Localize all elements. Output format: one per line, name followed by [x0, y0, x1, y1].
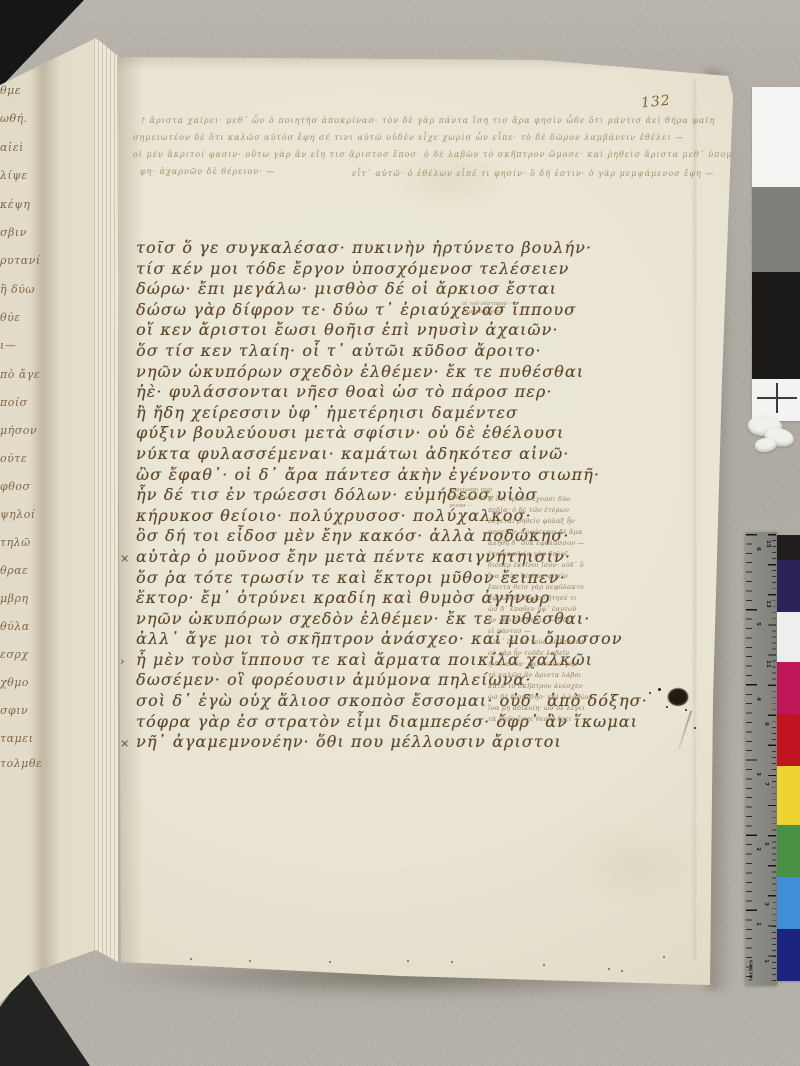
verse-text: τίσ κέν μοι τόδε ἔργον ὑποσχόμενοσ τελέσ… — [136, 259, 569, 278]
right-margin-scholia: Κ ὅτι τρῶεσ ἔχουσι δύοπεδία· ὁ δὲ τῶν ἑτ… — [488, 494, 588, 725]
facing-page-text-fragment: τολμθε — [0, 757, 62, 770]
pricking-dot — [190, 958, 192, 960]
verse-line: φύξιν βουλεύουσι μετὰ σφίσιν· οὐ δὲ ἐθέλ… — [136, 423, 648, 444]
ruler-number: 11 — [765, 660, 771, 668]
facing-page-text-fragment: θύλα — [0, 620, 62, 633]
parchment-stain — [390, 150, 510, 210]
ruler-inches-label: inches — [749, 959, 755, 980]
scholia-line: ἄφρων δὲ δῶρον ᾔτησέ τι — [488, 593, 588, 604]
folio-number: 132 — [640, 92, 671, 111]
color-patch — [777, 714, 800, 766]
scholia-line: οὐ γὰρ ἦν τοῦδε λαβεῖν — [488, 648, 588, 659]
line-mark: › — [120, 652, 126, 673]
facing-page-text-fragment: χθμο — [0, 676, 62, 689]
vertical-crease — [693, 80, 696, 960]
color-patch — [777, 535, 800, 560]
ruler-number: 15 — [765, 540, 771, 548]
scholia-line: ἔπειτα θεὶσ γὰρ πεφύλακτο — [488, 582, 588, 593]
pricking-dot — [407, 960, 409, 962]
verse-text: νηῶν ὠκυπόρων σχεδὸν ἐλθέμεν· ἔκ τε πυθέ… — [136, 362, 584, 381]
facing-page-text-fragment: ψηλοί — [0, 508, 62, 521]
pricking-dot — [621, 970, 623, 972]
manuscript-photograph: θμεωθή.αἰεὶλίψεκέψησβινρυτανίἢ δύωθύει—π… — [0, 0, 800, 1066]
facing-page-text-fragment: μβρη — [0, 592, 62, 605]
pricking-dot — [329, 961, 331, 963]
pricking-dot — [608, 968, 610, 970]
verse-line: ὣσ ἔφαθ᾽· οἱ δ᾽ ἄρα πάντεσ ἀκὴν ἐγένοντο… — [136, 465, 648, 486]
scholia-line: ἵνα τοὺσ ἵππουσ φησὶν — [488, 571, 588, 582]
color-patch — [777, 560, 800, 612]
page-top-edge-shade — [117, 56, 733, 70]
scholia-line: ἀλλ᾽ ὅτι οὐ τοὺσ δὲ ἵππουσ — [488, 637, 588, 648]
facing-page-text-fragment: τηλῶ — [0, 536, 62, 549]
ruler-number: 1 — [755, 922, 761, 926]
interlinear-note-line: οἱ τοῦ νέστοροσ — — [462, 300, 515, 308]
manuscript-page: 132 † ἄριστα χαίρει· μεθ᾽ ὧν ὁ ποιητὴσ ἀ… — [0, 0, 800, 1066]
scholia-line: ἵνα μὴ ἀδικοίη· ὡσ δὲ λέγει — [488, 703, 588, 714]
verse-text: δώρω· ἔπι μεγάλω· μισθὸσ δέ οἱ ἄρκιοσ ἔσ… — [136, 279, 557, 298]
pricking-dot — [543, 964, 545, 966]
scholia-line: λέγεται ῥηθεὶσ φύλαξ ἦν — [488, 516, 588, 527]
facing-page-text-fragment: ρυτανί — [0, 254, 62, 267]
facing-page-text-fragment: μήσον — [0, 424, 62, 437]
ink-smear — [678, 711, 692, 750]
facing-page-text-fragment: κέψη — [0, 198, 62, 211]
facing-page-text-fragment: φθοσ — [0, 480, 62, 493]
verse-text: ὣσ ἔφαθ᾽· οἱ δ᾽ ἄρα πάντεσ ἀκὴν ἐγένοντο… — [136, 465, 600, 484]
ink-speck — [666, 706, 668, 708]
ruler-number: 13 — [765, 600, 771, 608]
margin-gloss-line: γένοσ — — [449, 502, 473, 510]
verse-line: δώρω· ἔπι μεγάλω· μισθὸσ δέ οἱ ἄρκιοσ ἔσ… — [136, 279, 648, 300]
color-patch — [777, 766, 800, 825]
facing-page-text-fragment: ι— — [0, 339, 62, 352]
scholia-line: εἰ πάντεσ — — [488, 626, 588, 637]
facing-page-text-fragment: θύε — [0, 311, 62, 324]
scholia-line: ἦν γὰρ ὥσ φησιν — ὧδε — [488, 615, 588, 626]
facing-page-text-fragment: θμε — [0, 84, 62, 97]
verse-line: ἠὲ· φυλάσσονται νῆεσ θοαὶ ὡσ τὸ πάροσ πε… — [136, 382, 648, 403]
ruler-number: 6 — [755, 547, 761, 551]
facing-page-text-fragment: ούτε — [0, 452, 62, 465]
verse-line: δώσω γὰρ δίφρον τε· δύω τ᾽ ἐριαύχενασ ἵπ… — [136, 300, 648, 321]
fore-edge-page-stack — [94, 40, 118, 962]
scholia-line: ὡσ δὲ διομήδησ· καὶ ὁ λαβὼν — [488, 692, 588, 703]
facing-page-text-fragment: ταμει — [0, 732, 62, 745]
facing-page-text-fragment: θραε — [0, 564, 62, 577]
color-patch — [777, 877, 800, 929]
color-patch — [777, 662, 800, 714]
ruler-inch-major-ticks — [746, 534, 757, 983]
verse-line: τίσ κέν μοι τόδε ἔργον ὑποσχόμενοσ τελέσ… — [136, 259, 648, 280]
interlinear-note-line: ἀριστεύοντεσ — [465, 308, 504, 316]
verse-line: νηῶν ὠκυπόρων σχεδὸν ἐλθέμεν· ἔκ τε πυθέ… — [136, 362, 648, 383]
color-calibration-strip — [777, 0, 800, 1066]
verse-line: οἵ κεν ἄριστοι ἔωσι θοῆισ ἐπὶ νηυσὶν ἀχα… — [136, 320, 648, 341]
ink-speck — [685, 709, 687, 711]
verse-line: ἢ ἤδη χείρεσσιν ὑφ᾽ ἡμετέρηισι δαμέντεσ — [136, 403, 648, 424]
color-patch — [777, 825, 800, 877]
ruler: inches — [745, 532, 777, 985]
ink-speck — [649, 692, 651, 694]
scholia-line: πεδία· ὁ δὲ τῶν ἑτέρων — [488, 505, 588, 516]
facing-page-text-fragment: σφιν — [0, 704, 62, 717]
scholia-line: διόπερ ἐκεῖνοι ἴσον· οὐδ᾽ ὅ — [488, 560, 588, 571]
ruler-number: 9 — [763, 722, 769, 726]
verse-text: ὅσ τίσ κεν τλαίη· οἷ τ᾽ αὐτῶι κῦδοσ ἄροι… — [136, 341, 542, 360]
scholia-line: φη· ἀχαρνῶν δὲ θέρειον· — — [140, 167, 275, 176]
facing-page-text-fragment: ωθή. — [0, 112, 62, 125]
facing-page-text-fragment: σβιν — [0, 226, 62, 239]
scholia-line: οἱ μὲν ἄκριτοί φασιν· οὕτω γὰρ ἂν εἴη τι… — [133, 150, 756, 159]
ink-speck — [694, 727, 696, 729]
facing-page-text-fragment: ἢ δύω — [0, 283, 62, 296]
ruler-number: 3 — [763, 902, 769, 906]
facing-page-text-fragment: πὸ ἄγε — [0, 368, 62, 381]
margin-gloss-line: τοῦ δόλωνοσ τὸ — [449, 494, 494, 502]
ruler-number: 7 — [763, 782, 769, 786]
scholia-line: τὸ καλῶσ ἂν ἄριστα λάβοι — [488, 670, 588, 681]
pricking-dot — [451, 961, 453, 963]
ruler-number: 5 — [755, 622, 761, 626]
facing-page-text-fragment: λίψε — [0, 169, 62, 182]
scholia-line: σημεῖον· ἀμφότεροι δὲ ἅμα — [488, 527, 588, 538]
verse-text: φύξιν βουλεύουσι μετὰ σφίσιν· οὐ δὲ ἐθέλ… — [136, 423, 564, 442]
facing-page-text-fragment: εσρχ — [0, 648, 62, 661]
ruler-number: 5 — [763, 842, 769, 846]
ruler-number: 1 — [763, 959, 769, 963]
verse-text: δωσέμεν· οἳ φορέουσιν ἀμύμονα πηλείωνα· — [136, 670, 532, 689]
ruler-number: 4 — [755, 697, 761, 701]
verse-line: ὅσ τίσ κεν τλαίη· οἷ τ᾽ αὐτῶι κῦδοσ ἄροι… — [136, 341, 648, 362]
line-mark: × — [120, 549, 130, 570]
scholia-line: τὰ γοῦν ἔσχε θεοῖσ ἔχει — — [488, 714, 588, 725]
ruler-number: 2 — [755, 847, 761, 851]
margin-gloss-line: σημείωσαι περὶ — [449, 486, 493, 494]
parchment-stain — [560, 820, 710, 910]
scholia-line: ὡσ δ᾽ ἔπαθεν ὑφ᾽ ἑαυτοῦ — [488, 604, 588, 615]
scholia-line: ἀλήθη δ᾽ οὐκ ἐφύλασσον — — [488, 538, 588, 549]
color-patch — [777, 929, 800, 981]
scholia-line: εἶτ᾽ αὐτῶ· ὁ ἐθέλων εἶπέ τι φησίν· ὃ δή … — [352, 169, 714, 178]
scholia-line: ἡ δὲ αἰτία· παντελῶσ γὰρ — [488, 659, 588, 670]
scholia-line: κατὰ τὸ σκῆπτρον ἀνέσχεν — [488, 681, 588, 692]
verse-text: τοῖσ ὅ γε συγκαλέσασ· πυκινὴν ἠρτύνετο β… — [136, 238, 592, 257]
scholia-line: † ἄριστα χαίρει· μεθ᾽ ὧν ὁ ποιητὴσ ἀποκρ… — [141, 116, 715, 125]
ink-speck — [658, 688, 661, 691]
pricking-dot — [249, 960, 251, 962]
scholia-line: σημειωτέον δὲ ὅτι καλῶσ αὐτὸσ ἔφη σέ τιν… — [133, 133, 684, 142]
verse-text: οἵ κεν ἄριστοι ἔωσι θοῆισ ἐπὶ νηυσὶν ἀχα… — [136, 320, 559, 339]
scholia-line: ἑτοιμασθεὶσ γὰρ δηλοῖ — [488, 549, 588, 560]
verse-text: νῆ᾽ ἀγαμεμνονέην· ὅθι που μέλλουσιν ἄρισ… — [136, 732, 562, 751]
verse-line: ×νῆ᾽ ἀγαμεμνονέην· ὅθι που μέλλουσιν ἄρι… — [136, 732, 648, 753]
verse-line: τοῖσ ὅ γε συγκαλέσασ· πυκινὴν ἠρτύνετο β… — [136, 238, 648, 259]
ruler-number: 3 — [755, 772, 761, 776]
color-patch — [777, 612, 800, 662]
facing-page-text-fragment: αἰεὶ — [0, 141, 62, 154]
verse-line: νύκτα φυλασσέμεναι· καμάτωι ἀδηκότεσ αἰν… — [136, 444, 648, 465]
pricking-dot — [663, 956, 665, 958]
line-mark: × — [120, 734, 130, 755]
verse-text: ἢ ἤδη χείρεσσιν ὑφ᾽ ἡμετέρηισι δαμέντεσ — [136, 403, 518, 422]
verse-text: νύκτα φυλασσέμεναι· καμάτωι ἀδηκότεσ αἰν… — [136, 444, 569, 463]
scholia-line: Κ ὅτι τρῶεσ ἔχουσι δύο — [488, 494, 588, 505]
verse-text: ἠὲ· φυλάσσονται νῆεσ θοαὶ ὡσ τὸ πάροσ πε… — [136, 382, 553, 401]
facing-page-text-fragment: ποίσ — [0, 396, 62, 409]
